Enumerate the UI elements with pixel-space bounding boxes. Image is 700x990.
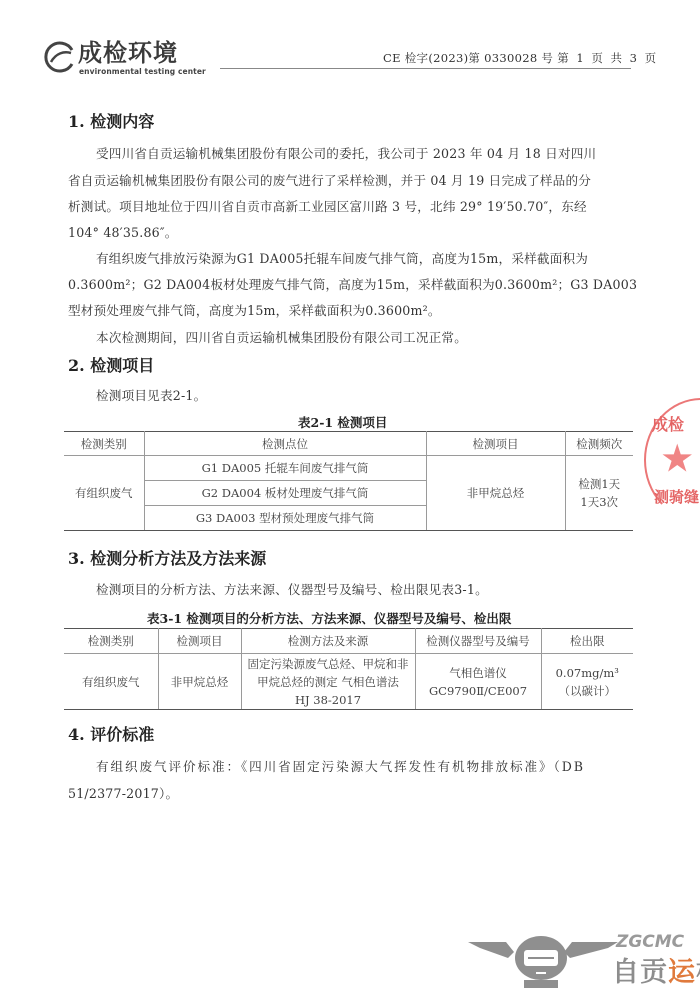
table-2-1-caption: 表2-1 检测项目 bbox=[298, 413, 387, 431]
zgcmc-logo: ZGCMC 自贡运机 bbox=[468, 930, 700, 990]
frequency-line-2: 1天3次 bbox=[566, 493, 634, 511]
star-icon: ★ bbox=[662, 442, 692, 476]
s1-p1-line3: 析测试。项目地址位于四川省自贡市高新工业园区富川路 3 号，北纬 29° 19′… bbox=[68, 196, 587, 215]
cell-item: 非甲烷总烃 bbox=[426, 456, 565, 531]
s3-intro: 检测项目的分析方法、方法来源、仪器型号及编号、检出限见表3-1。 bbox=[96, 579, 488, 598]
logo-text-cn: 成检环境 bbox=[78, 40, 178, 66]
th-category: 检测类别 bbox=[64, 432, 144, 456]
table-row: 有组织废气 非甲烷总烃 固定污染源废气总烃、甲烷和非 甲烷总烃的测定 气相色谱法… bbox=[64, 654, 633, 710]
s2-intro: 检测项目见表2-1。 bbox=[96, 385, 206, 404]
red-seal-stamp: 成检 ★ 测骑缝 bbox=[640, 398, 700, 522]
table-3-1-caption: 表3-1 检测项目的分析方法、方法来源、仪器型号及编号、检出限 bbox=[147, 609, 511, 627]
cell-point-g3: G3 DA003 型材预处理废气排气筒 bbox=[144, 506, 426, 531]
section-4-title: 4. 评价标准 bbox=[68, 722, 154, 745]
cell-point-g1: G1 DA005 托辊车间废气排气筒 bbox=[144, 456, 426, 481]
table-3-1: 检测类别 检测项目 检测方法及来源 检测仪器型号及编号 检出限 有组织废气 非甲… bbox=[64, 628, 633, 710]
s1-p2-line1: 有组织废气排放污染源为G1 DA005托辊车间废气排气筒，高度为15m，采样截面… bbox=[96, 248, 588, 267]
s4-line1: 有组织废气评价标准：《四川省固定污染源大气挥发性有机物排放标准》（DB bbox=[96, 756, 585, 775]
th-method: 检测方法及来源 bbox=[241, 629, 415, 654]
cell-instrument: 气相色谱仪 GC9790Ⅱ/CE007 bbox=[415, 654, 541, 710]
limit-line-1: 0.07mg/m³ bbox=[542, 664, 634, 682]
th-item: 检测项目 bbox=[426, 432, 565, 456]
table-2-1: 检测类别 检测点位 检测项目 检测频次 有组织废气 G1 DA005 托辊车间废… bbox=[64, 431, 633, 531]
cell-limit: 0.07mg/m³ （以碳计） bbox=[541, 654, 633, 710]
s1-p3: 本次检测期间，四川省自贡运输机械集团股份有限公司工况正常。 bbox=[96, 327, 467, 346]
th-instrument: 检测仪器型号及编号 bbox=[415, 629, 541, 654]
logo-cn-part1: 自贡 bbox=[612, 957, 668, 988]
logo-cn-text: 自贡运机 bbox=[612, 950, 700, 989]
method-line-3: HJ 38-2017 bbox=[242, 691, 415, 709]
zgcmc-emblem-icon bbox=[468, 936, 618, 990]
th-item: 检测项目 bbox=[158, 629, 241, 654]
s1-p2-line3: 型材预处理废气排气筒，高度为15m，采样截面积为0.3600m²。 bbox=[68, 300, 441, 319]
cell-category: 有组织废气 bbox=[64, 456, 144, 531]
s1-p1-line2: 省自贡运输机械集团股份有限公司的废气进行了采样检测，并于 04 月 19 日完成… bbox=[68, 170, 591, 189]
s1-p2-line2: 0.3600m²；G2 DA004板材处理废气排气筒，高度为15m，采样截面积为… bbox=[68, 274, 637, 293]
instrument-line-2: GC9790Ⅱ/CE007 bbox=[416, 682, 541, 700]
cell-point-g2: G2 DA004 板材处理废气排气筒 bbox=[144, 481, 426, 506]
s4-line2: 51/2377-2017）。 bbox=[68, 783, 178, 802]
table-header-row: 检测类别 检测项目 检测方法及来源 检测仪器型号及编号 检出限 bbox=[64, 629, 633, 654]
header-divider bbox=[220, 68, 631, 69]
table-header-row: 检测类别 检测点位 检测项目 检测频次 bbox=[64, 432, 633, 456]
th-point: 检测点位 bbox=[144, 432, 426, 456]
method-line-1: 固定污染源废气总烃、甲烷和非 bbox=[242, 655, 415, 673]
cell-item: 非甲烷总烃 bbox=[158, 654, 241, 710]
seal-bottom-text: 测骑缝 bbox=[654, 486, 699, 507]
frequency-line-1: 检测1天 bbox=[566, 475, 634, 493]
s1-p1-line1: 受四川省自贡运输机械集团股份有限公司的委托，我公司于 2023 年 04 月 1… bbox=[96, 143, 596, 162]
report-header: CE 检字(2023)第 0330028 号 第 1 页 共 3 页 bbox=[383, 50, 658, 66]
e-logo-icon bbox=[42, 40, 76, 74]
th-category: 检测类别 bbox=[64, 629, 158, 654]
page-info: 第 1 页 共 3 页 bbox=[557, 51, 658, 65]
cell-frequency: 检测1天 1天3次 bbox=[565, 456, 633, 531]
th-frequency: 检测频次 bbox=[565, 432, 633, 456]
instrument-line-1: 气相色谱仪 bbox=[416, 664, 541, 682]
logo-cn-part2: 机 bbox=[696, 957, 700, 988]
limit-line-2: （以碳计） bbox=[542, 682, 634, 700]
cell-category: 有组织废气 bbox=[64, 654, 158, 710]
seal-top-text: 成检 bbox=[652, 412, 684, 435]
section-2-title: 2. 检测项目 bbox=[68, 353, 154, 376]
logo-text-en: environmental testing center bbox=[79, 67, 206, 76]
logo-en-text: ZGCMC bbox=[616, 932, 684, 952]
method-line-2: 甲烷总烃的测定 气相色谱法 bbox=[242, 673, 415, 691]
th-limit: 检出限 bbox=[541, 629, 633, 654]
report-number: CE 检字(2023)第 0330028 号 bbox=[383, 51, 553, 65]
s1-p1-line4: 104° 48′35.86″。 bbox=[68, 222, 178, 241]
company-logo: 成检环境 environmental testing center bbox=[42, 38, 242, 78]
section-3-title: 3. 检测分析方法及方法来源 bbox=[68, 546, 266, 569]
table-row: 有组织废气 G1 DA005 托辊车间废气排气筒 非甲烷总烃 检测1天 1天3次 bbox=[64, 456, 633, 481]
cell-method: 固定污染源废气总烃、甲烷和非 甲烷总烃的测定 气相色谱法 HJ 38-2017 bbox=[241, 654, 415, 710]
logo-cn-accent: 运 bbox=[668, 957, 696, 988]
section-1-title: 1. 检测内容 bbox=[68, 109, 154, 132]
